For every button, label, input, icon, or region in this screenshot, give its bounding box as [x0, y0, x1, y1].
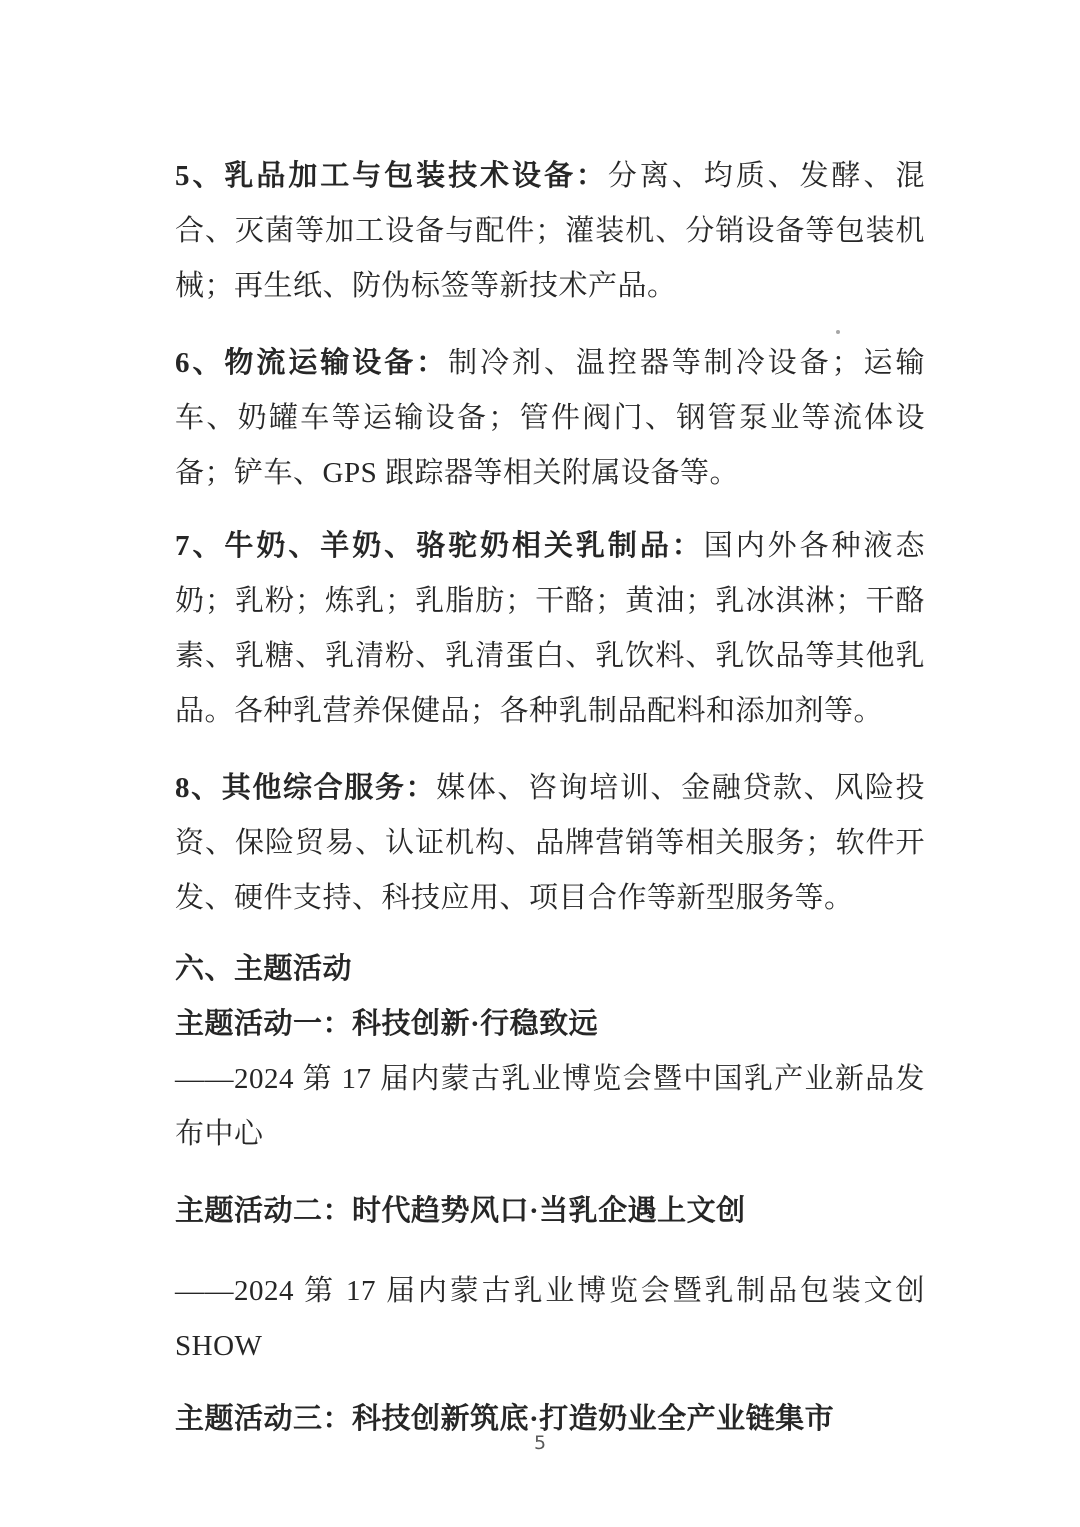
exhibit-item-8: 8、其他综合服务：媒体、咨询培训、金融贷款、风险投资、保险贸易、认证机构、品牌营… [175, 761, 925, 926]
exhibit-item-5: 5、乳品加工与包装技术设备：分离、均质、发酵、混合、灭菌等加工设备与配件；灌装机… [175, 149, 925, 314]
exhibit-item-7-lead: 7、牛奶、羊奶、骆驼奶相关乳制品： [175, 530, 704, 562]
document-content: 5、乳品加工与包装技术设备：分离、均质、发酵、混合、灭菌等加工设备与配件；灌装机… [175, 149, 925, 1447]
page-number: 5 [0, 1431, 1080, 1455]
exhibit-item-7: 7、牛奶、羊奶、骆驼奶相关乳制品：国内外各种液态奶；乳粉；炼乳；乳脂肪；干酪；黄… [175, 519, 925, 739]
theme-activity-2-subtitle: ——2024 第 17 届内蒙古乳业博览会暨乳制品包装文创 SHOW [175, 1264, 925, 1374]
theme-activity-1-title: 主题活动一：科技创新·行稳致远 [175, 997, 925, 1052]
theme-activity-1-subtitle: ——2024 第 17 届内蒙古乳业博览会暨中国乳产业新品发布中心 [175, 1052, 925, 1162]
theme-activity-2-title: 主题活动二：时代趋势风口·当乳企遇上文创 [175, 1184, 925, 1239]
exhibit-item-5-lead: 5、乳品加工与包装技术设备： [175, 160, 608, 192]
section-heading-theme-activities: 六、主题活动 [175, 942, 925, 997]
scan-artifact-dot [836, 330, 840, 334]
document-page: 5、乳品加工与包装技术设备：分离、均质、发酵、混合、灭菌等加工设备与配件；灌装机… [0, 0, 1080, 1527]
exhibit-item-6-lead: 6、物流运输设备： [175, 347, 448, 379]
exhibit-item-8-lead: 8、其他综合服务： [175, 772, 436, 804]
exhibit-item-6: 6、物流运输设备：制冷剂、温控器等制冷设备；运输车、奶罐车等运输设备；管件阀门、… [175, 336, 925, 501]
